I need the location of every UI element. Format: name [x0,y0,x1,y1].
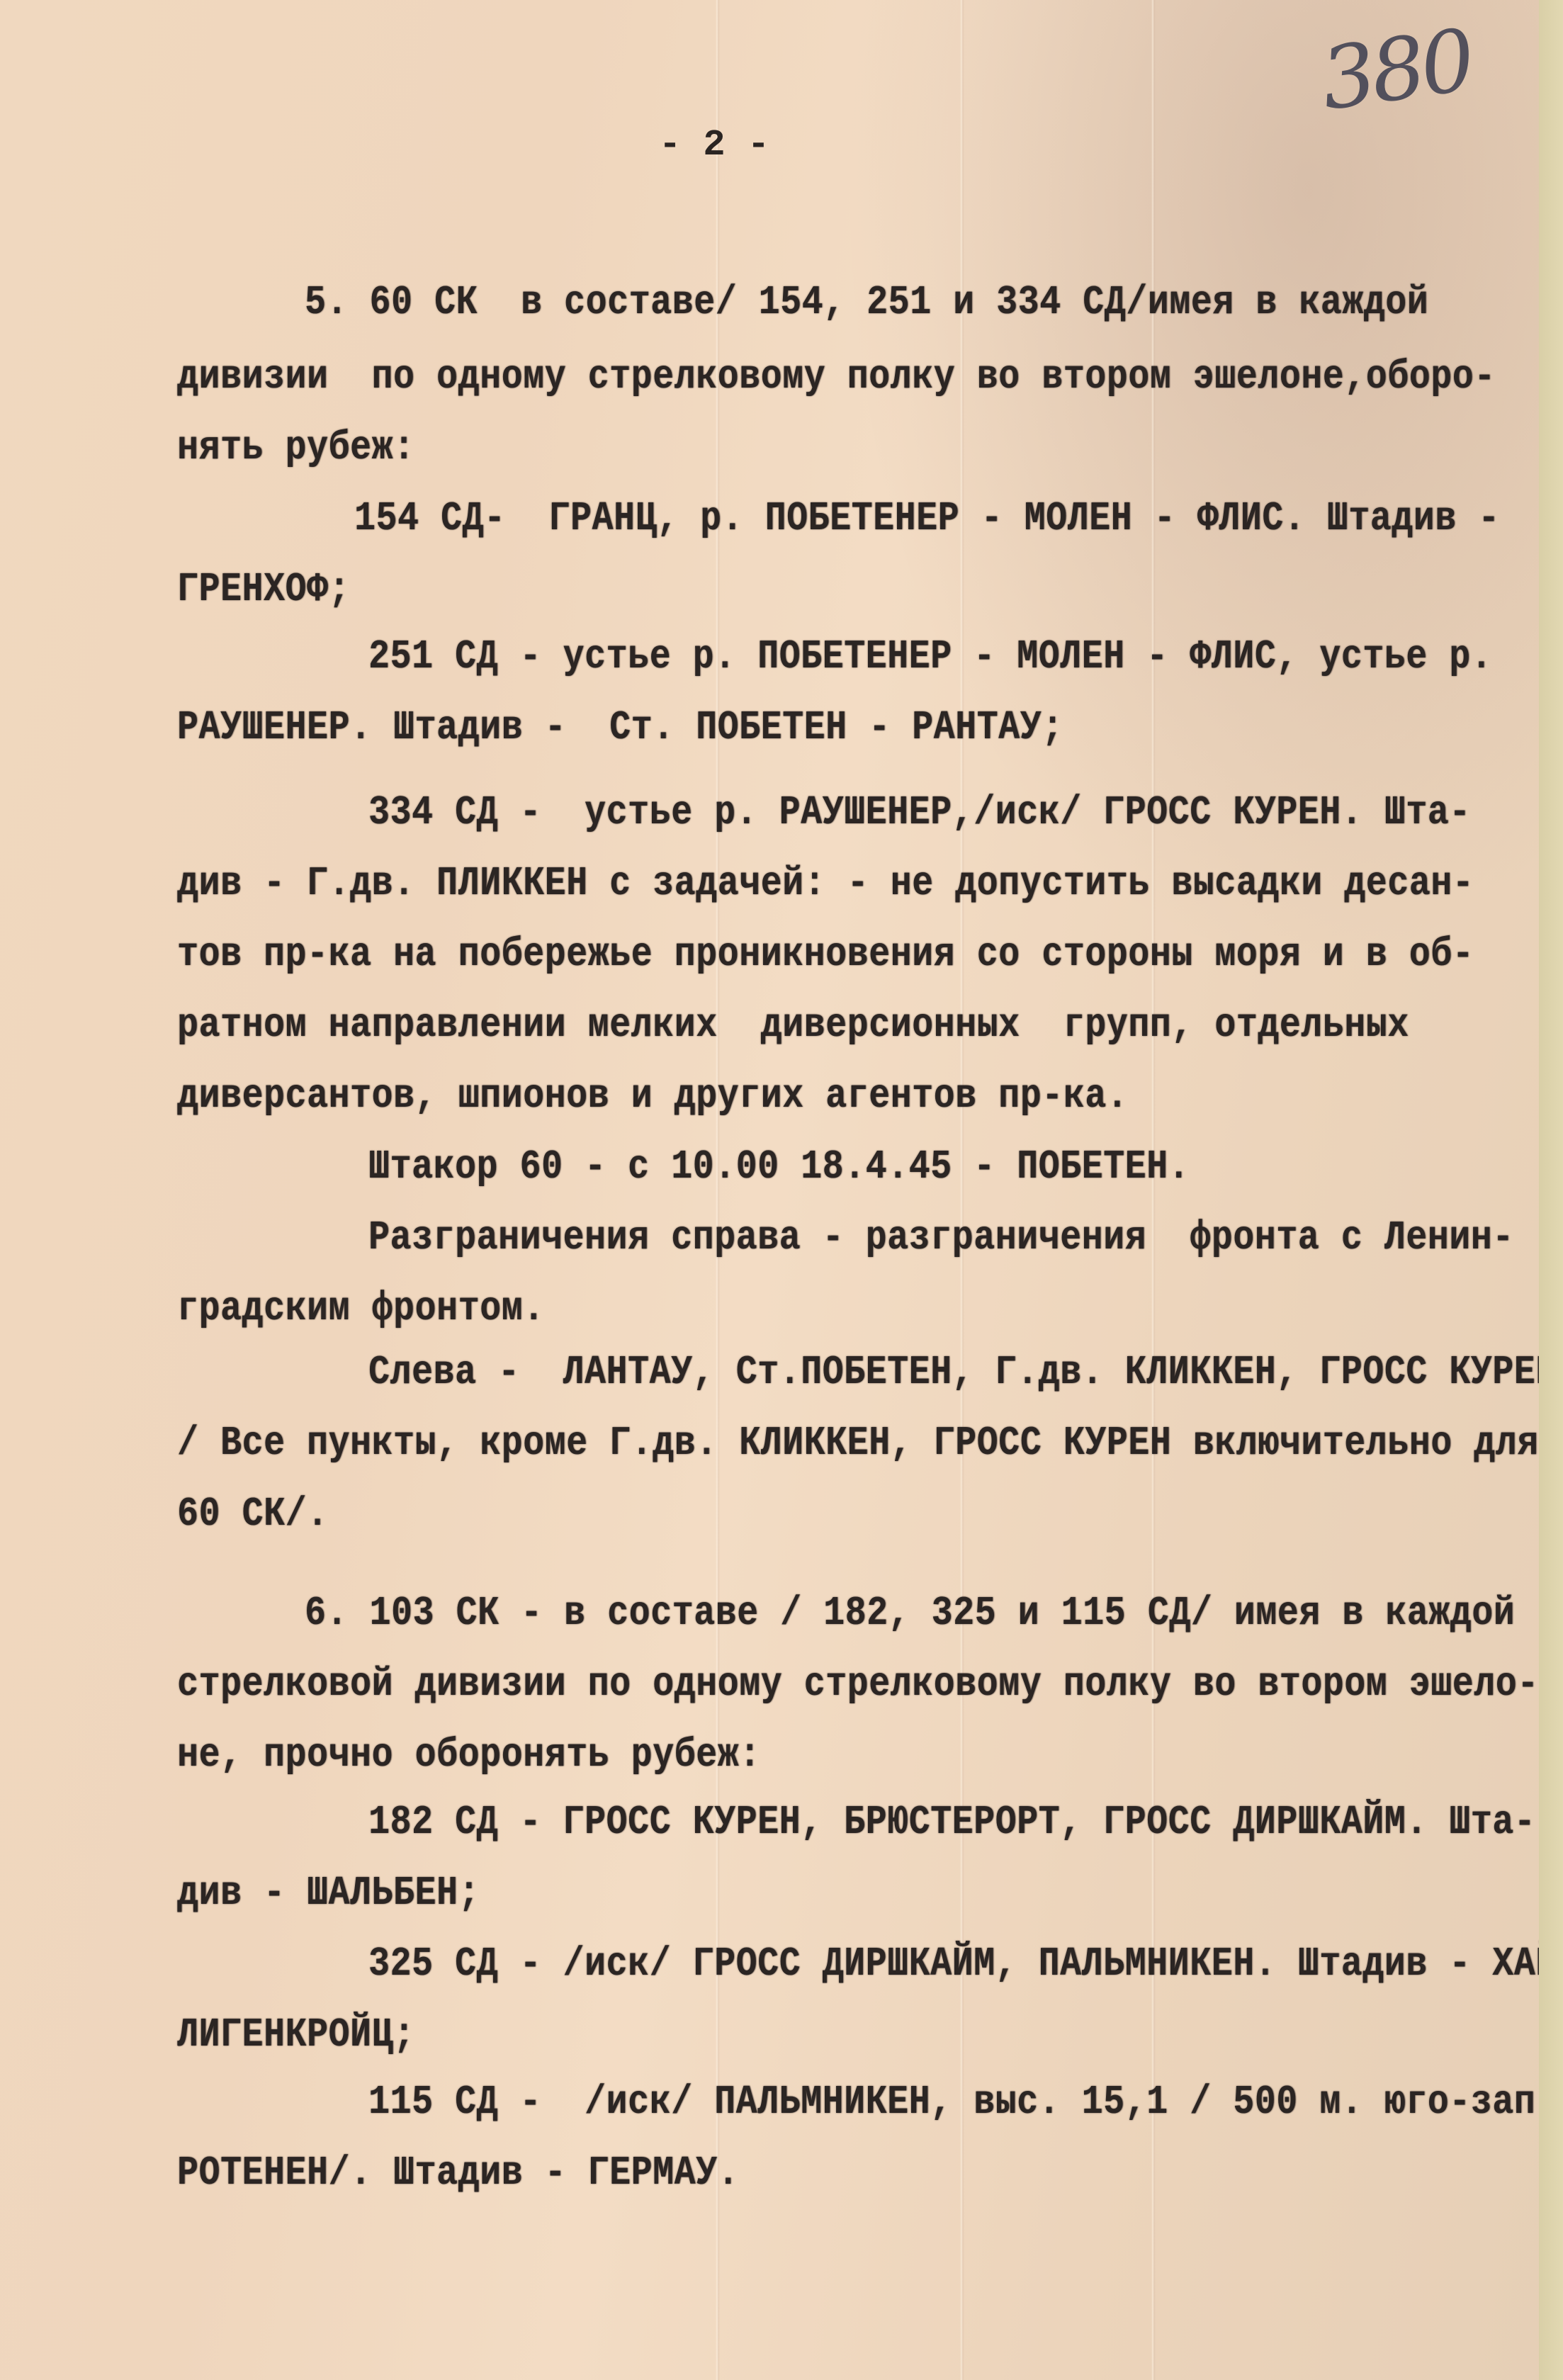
backing-board-edge [1539,0,1563,2380]
paragraph-5-line: / Все пункты, кроме Г.дв. КЛИККЕН, ГРОСС… [177,1421,1539,1467]
paragraph-6-line: ЛИГЕНКРОЙЦ; [177,2012,415,2059]
archive-page-mark: 380 [1315,11,1477,130]
paragraph-5-line: 251 СД - устье р. ПОБЕТЕНЕР - МОЛЕН - ФЛ… [368,634,1492,681]
paragraph-5-line: градским фронтом. [177,1286,545,1333]
paragraph-6-line: не, прочно оборонять рубеж: [177,1732,761,1779]
paragraph-6-line: 6. 103 СК - в составе / 182, 325 и 115 С… [305,1591,1515,1637]
document-page: 380 - 2 - 5. 60 СК в составе/ 154, 251 и… [0,0,1540,2380]
paragraph-5-line: Разграничения справа - разграничения фро… [368,1215,1514,1262]
paragraph-6-line: стрелковой дивизии по одному стрелковому… [177,1662,1539,1708]
paragraph-5-line: дивизии по одному стрелковому полку во в… [177,354,1496,401]
paragraph-5-line: РАУШЕНЕР. Штадив - Ст. ПОБЕТЕН - РАНТАУ; [177,705,1063,752]
paragraph-5-line: ГРЕНХОФ; [177,567,350,614]
paragraph-5-line: 154 СД- ГРАНЦ, р. ПОБЕТЕНЕР - МОЛЕН - ФЛ… [354,496,1500,543]
page-number: - 2 - [659,124,769,166]
paragraph-6-line: 115 СД - /иск/ ПАЛЬМНИКЕН, выс. 15,1 / 5… [368,2080,1557,2126]
paragraph-5-line: Слева - ЛАНТАУ, Ст.ПОБЕТЕН, Г.дв. КЛИККЕ… [368,1350,1557,1397]
paragraph-5-line: 5. 60 СК в составе/ 154, 251 и 334 СД/им… [305,280,1428,327]
paragraph-5-line: ратном направлении мелких диверсионных г… [177,1003,1409,1049]
paragraph-5-line: тов пр-ка на побережье проникновения со … [177,932,1474,978]
paragraph-5-line: 334 СД - устье р. РАУШЕНЕР,/иск/ ГРОСС К… [368,790,1471,837]
paragraph-5-line: 60 СК/. [177,1491,329,1538]
paragraph-6-line: 182 СД - ГРОСС КУРЕН, БРЮСТЕРОРТ, ГРОСС … [368,1800,1535,1846]
paragraph-5-line: Штакор 60 - с 10.00 18.4.45 - ПОБЕТЕН. [368,1144,1190,1191]
paragraph-6-line: 325 СД - /иск/ ГРОСС ДИРШКАЙМ, ПАЛЬМНИКЕ… [368,1941,1557,1988]
paragraph-5-line: диверсантов, шпионов и других агентов пр… [177,1073,1128,1120]
paragraph-6-line: див - ШАЛЬБЕН; [177,1871,480,1917]
paragraph-5-line: нять рубеж: [177,425,415,472]
paragraph-5-line: див - Г.дв. ПЛИККЕН с задачей: - не допу… [177,861,1474,908]
paragraph-6-line: РОТЕНЕН/. Штадив - ГЕРМАУ. [177,2150,739,2197]
